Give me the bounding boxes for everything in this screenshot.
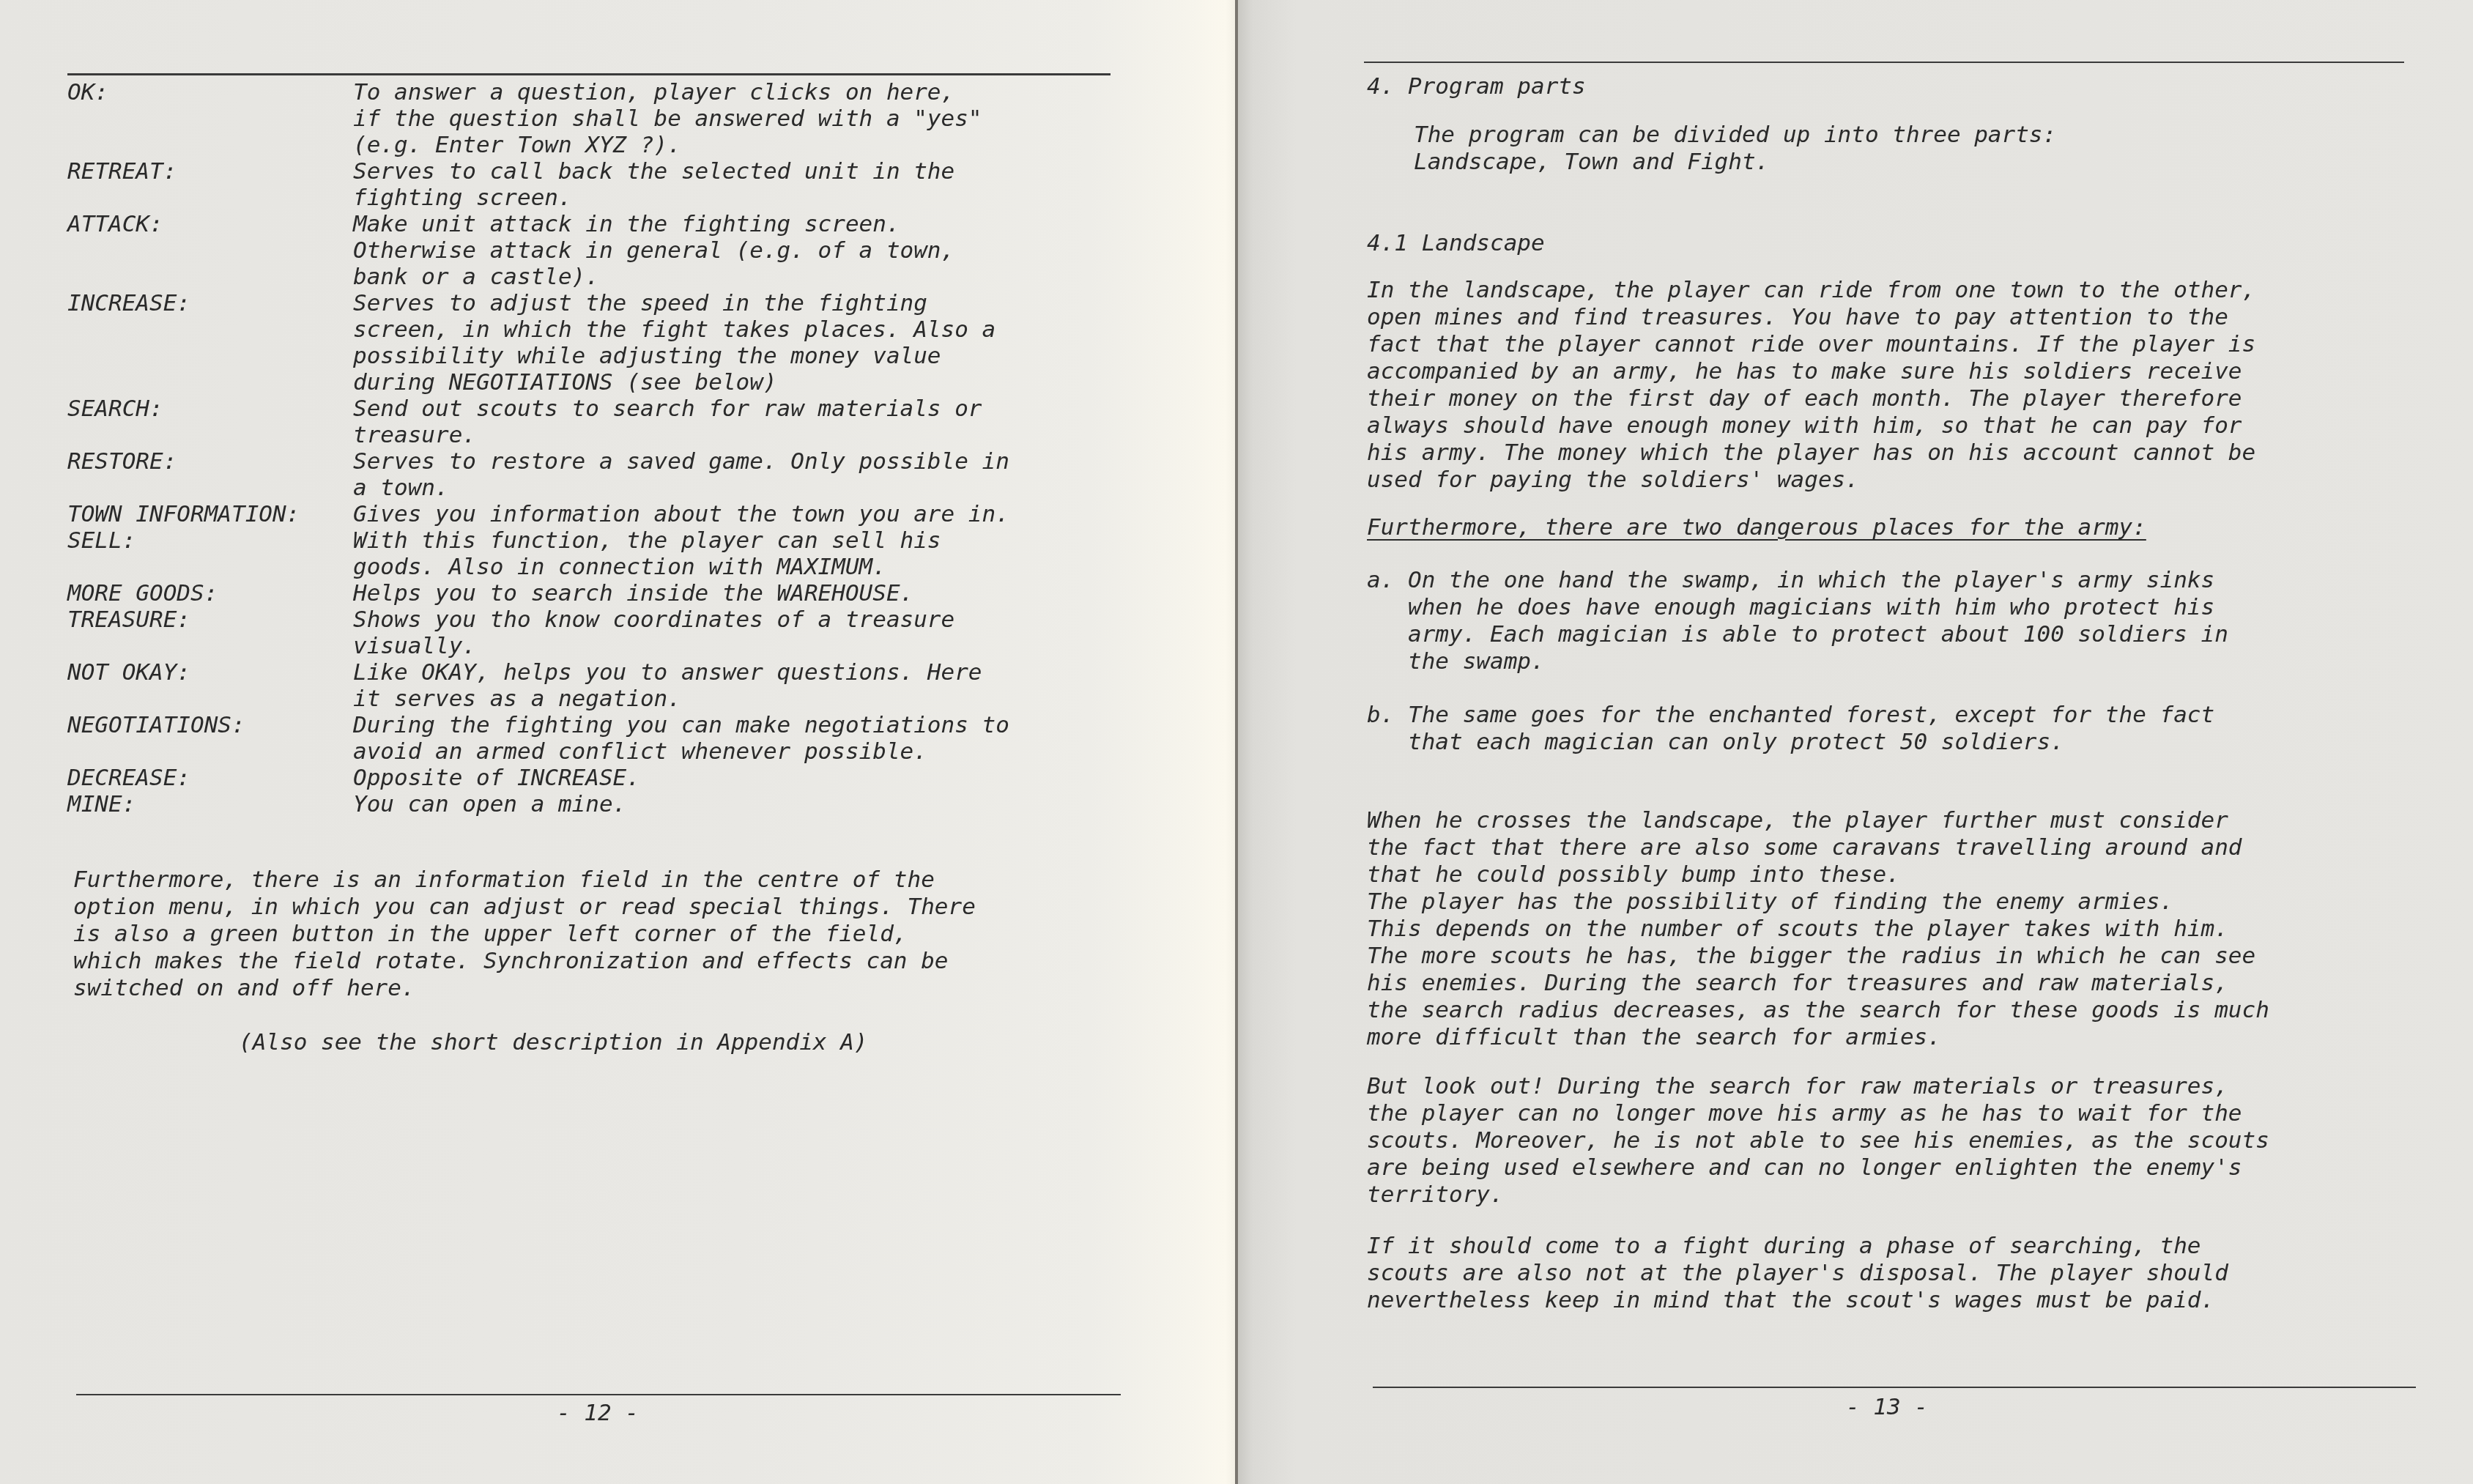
- definition-row: RETREAT:Serves to call back the selected…: [67, 158, 1130, 211]
- definition-row: RESTORE:Serves to restore a saved game. …: [67, 448, 1130, 501]
- definition-row: SEARCH:Send out scouts to search for raw…: [67, 396, 1130, 448]
- fight-paragraph: If it should come to a fight during a ph…: [1367, 1233, 2228, 1314]
- definition-description: Like OKAY, helps you to answer questions…: [353, 659, 982, 712]
- definition-row: TREASURE:Shows you tho know coordinates …: [67, 606, 1130, 659]
- top-rule: [67, 73, 1111, 75]
- page-number: - 12 -: [557, 1400, 639, 1426]
- definition-description: Serves to call back the selected unit in…: [353, 158, 954, 211]
- definition-term: OK:: [67, 79, 353, 158]
- subsection-title: 4.1 Landscape: [1367, 230, 1545, 256]
- top-rule: [1364, 62, 2404, 63]
- definition-row: SELL:With this function, the player can …: [67, 527, 1130, 580]
- definition-term: MORE GOODS:: [67, 580, 353, 606]
- definition-description: With this function, the player can sell …: [353, 527, 941, 580]
- definition-description: Make unit attack in the fighting screen.…: [353, 211, 954, 290]
- definition-row: INCREASE:Serves to adjust the speed in t…: [67, 290, 1130, 396]
- page-12: OK:To answer a question, player clicks o…: [0, 0, 1238, 1484]
- definition-term: SELL:: [67, 527, 353, 580]
- definition-term: MINE:: [67, 791, 353, 817]
- definition-description: To answer a question, player clicks on h…: [353, 79, 982, 158]
- command-definition-list: OK:To answer a question, player clicks o…: [67, 79, 1130, 817]
- caravans-paragraph: When he crosses the landscape, the playe…: [1367, 807, 2269, 1051]
- definition-term: NOT OKAY:: [67, 659, 353, 712]
- definition-row: OK:To answer a question, player clicks o…: [67, 79, 1130, 158]
- definition-description: Serves to adjust the speed in the fighti…: [353, 290, 995, 396]
- appendix-note: (Also see the short description in Appen…: [239, 1029, 868, 1056]
- definition-term: ATTACK:: [67, 211, 353, 290]
- item-a-swamp: a. On the one hand the swamp, in which t…: [1367, 567, 2228, 675]
- definition-description: During the fighting you can make negotia…: [353, 712, 1009, 765]
- section-intro: The program can be divided up into three…: [1414, 122, 2056, 176]
- definition-description: Gives you information about the town you…: [353, 501, 1009, 527]
- definition-term: TOWN INFORMATION:: [67, 501, 353, 527]
- definition-row: MORE GOODS:Helps you to search inside th…: [67, 580, 1130, 606]
- definition-term: NEGOTIATIONS:: [67, 712, 353, 765]
- dangerous-places-heading: Furthermore, there are two dangerous pla…: [1367, 514, 2146, 541]
- bottom-rule: [1373, 1387, 2416, 1388]
- definition-description: Opposite of INCREASE.: [353, 765, 640, 791]
- definition-term: RETREAT:: [67, 158, 353, 211]
- definition-description: Helps you to search inside the WAREHOUSE…: [353, 580, 913, 606]
- definition-term: RESTORE:: [67, 448, 353, 501]
- definition-row: MINE:You can open a mine.: [67, 791, 1130, 817]
- info-field-paragraph: Furthermore, there is an information fie…: [73, 867, 976, 1002]
- definition-description: Send out scouts to search for raw materi…: [353, 396, 982, 448]
- definition-row: TOWN INFORMATION:Gives you information a…: [67, 501, 1130, 527]
- bottom-rule: [76, 1394, 1121, 1395]
- definition-description: Serves to restore a saved game. Only pos…: [353, 448, 1009, 501]
- definition-description: Shows you tho know coordinates of a trea…: [353, 606, 954, 659]
- manual-spread: OK:To answer a question, player clicks o…: [0, 0, 2473, 1484]
- page-13: 4. Program parts The program can be divi…: [1238, 0, 2473, 1484]
- definition-term: INCREASE:: [67, 290, 353, 396]
- page-number: - 13 -: [1846, 1394, 1928, 1420]
- definition-term: TREASURE:: [67, 606, 353, 659]
- definition-term: SEARCH:: [67, 396, 353, 448]
- item-b-enchanted-forest: b. The same goes for the enchanted fores…: [1367, 702, 2214, 756]
- definition-term: DECREASE:: [67, 765, 353, 791]
- definition-row: ATTACK:Make unit attack in the fighting …: [67, 211, 1130, 290]
- lookout-paragraph: But look out! During the search for raw …: [1367, 1073, 2269, 1209]
- definition-row: DECREASE:Opposite of INCREASE.: [67, 765, 1130, 791]
- landscape-paragraph: In the landscape, the player can ride fr…: [1367, 277, 2255, 494]
- definition-row: NOT OKAY:Like OKAY, helps you to answer …: [67, 659, 1130, 712]
- section-title: 4. Program parts: [1367, 73, 1586, 100]
- definition-row: NEGOTIATIONS:During the fighting you can…: [67, 712, 1130, 765]
- definition-description: You can open a mine.: [353, 791, 626, 817]
